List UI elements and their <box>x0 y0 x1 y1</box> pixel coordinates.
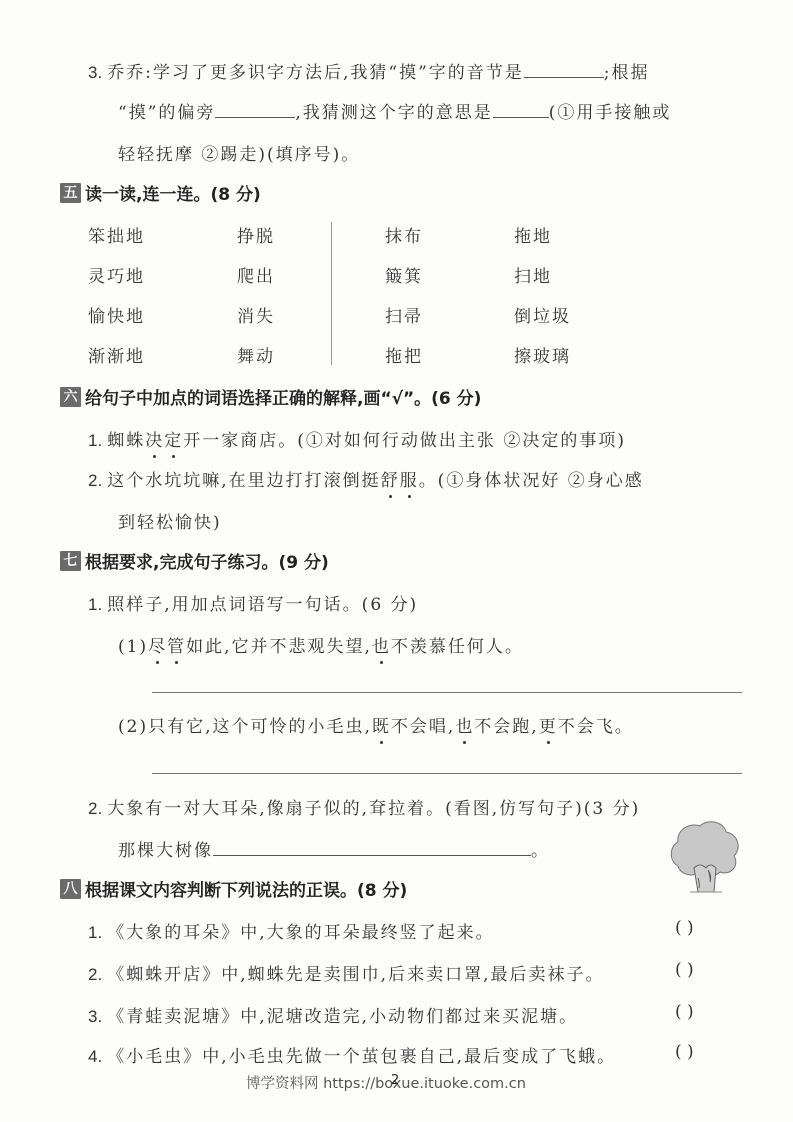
judgement-item: 3. 《青蛙卖泥塘》中,泥塘改造完,小动物们都过来买泥塘。 <box>88 1002 578 1027</box>
match-item[interactable]: 舞动 <box>237 342 275 367</box>
match-item[interactable]: 愉快地 <box>88 302 145 327</box>
match-item[interactable]: 抹布 <box>385 222 423 247</box>
answer-parentheses[interactable]: ( ) <box>675 1042 694 1062</box>
answer-parentheses[interactable]: ( ) <box>675 918 694 938</box>
match-item[interactable]: 扫帚 <box>385 302 423 327</box>
page-number: 2 <box>391 1073 399 1088</box>
match-item[interactable]: 爬出 <box>237 262 275 287</box>
match-item[interactable]: 消失 <box>237 302 275 327</box>
judgement-item: 1. 《大象的耳朵》中,大象的耳朵最终竖了起来。 <box>88 918 495 943</box>
answer-blank-syllable[interactable] <box>524 63 604 78</box>
section-badge: 六 <box>60 387 81 407</box>
match-item[interactable]: 倒垃圾 <box>514 302 571 327</box>
dotted-char: 决 <box>145 431 164 451</box>
match-item[interactable]: 挣脱 <box>237 222 275 247</box>
answer-line-2[interactable] <box>152 773 742 774</box>
match-item[interactable]: 拖地 <box>514 222 552 247</box>
question-item-continued: 到轻松愉快) <box>118 508 222 533</box>
answer-blank-tree[interactable] <box>213 841 531 856</box>
section-badge: 七 <box>60 551 81 571</box>
answer-line-1[interactable] <box>152 692 742 693</box>
match-item[interactable]: 渐渐地 <box>88 342 145 367</box>
match-item[interactable]: 扫地 <box>514 262 552 287</box>
dotted-char: 尽 <box>148 637 167 657</box>
imitation-prompt: 那棵大树像。 <box>118 836 550 861</box>
match-item[interactable]: 灵巧地 <box>88 262 145 287</box>
question-item: 2. 这个水坑坑嘛,在里边打打滚倒挺舒服。(①身体状况好 ②身心感 <box>88 466 644 491</box>
section-title: 根据课文内容判断下列说法的正误。(8 分) <box>85 876 407 901</box>
example-sentence-1: (1)尽管如此,它并不悲观失望,也不羡慕任何人。 <box>118 632 524 657</box>
dotted-char: 定 <box>164 431 183 451</box>
q3-line2: “摸”的偏旁,我猜测这个字的意思是(①用手接触或 <box>118 98 671 123</box>
answer-parentheses[interactable]: ( ) <box>675 960 694 980</box>
section5-header: 五 读一读,连一连。(8 分) <box>60 180 261 205</box>
section-title: 给句子中加点的词语选择正确的解释,画“√”。(6 分) <box>85 384 481 409</box>
section-badge: 八 <box>60 879 81 899</box>
match-item[interactable]: 擦玻璃 <box>514 342 571 367</box>
match-item[interactable]: 拖把 <box>385 342 423 367</box>
question-item: 1. 蜘蛛决定开一家商店。(①对如何行动做出主张 ②决定的事项) <box>88 426 626 451</box>
q3-number: 3. <box>88 63 102 82</box>
section6-header: 六 给句子中加点的词语选择正确的解释,画“√”。(6 分) <box>60 384 481 409</box>
answer-blank-meaning[interactable] <box>493 103 549 118</box>
dotted-char: 管 <box>167 637 186 657</box>
column-divider <box>331 222 332 365</box>
example-sentence-2: (2)只有它,这个可怜的小毛虫,既不会唱,也不会跑,更不会飞。 <box>118 712 634 737</box>
dotted-char: 既 <box>372 717 391 737</box>
footer-watermark[interactable]: 博学资料网 https://boxue.ituoke.com.cn <box>246 1072 526 1093</box>
dotted-char: 服 <box>400 471 419 491</box>
judgement-item: 2. 《蜘蛛开店》中,蜘蛛先是卖围巾,后来卖口罩,最后卖袜子。 <box>88 960 605 985</box>
section7-header: 七 根据要求,完成句子练习。(9 分) <box>60 548 329 573</box>
answer-parentheses[interactable]: ( ) <box>675 1002 694 1022</box>
section8-header: 八 根据课文内容判断下列说法的正误。(8 分) <box>60 876 407 901</box>
subquestion-2: 2. 大象有一对大耳朵,像扇子似的,耷拉着。(看图,仿写句子)(3 分) <box>88 794 640 819</box>
judgement-item: 4. 《小毛虫》中,小毛虫先做一个茧包裹自己,最后变成了飞蛾。 <box>88 1042 616 1067</box>
dotted-char: 更 <box>539 717 558 737</box>
section-badge: 五 <box>60 183 81 203</box>
dotted-char: 舒 <box>381 471 400 491</box>
dotted-char: 也 <box>455 717 474 737</box>
q3-line1: 3. 乔乔:学习了更多识字方法后,我猜“摸”字的音节是;根据 <box>88 58 650 83</box>
answer-blank-radical[interactable] <box>215 103 295 118</box>
section-title: 读一读,连一连。(8 分) <box>85 180 261 205</box>
dotted-char: 也 <box>372 637 391 657</box>
section-title: 根据要求,完成句子练习。(9 分) <box>85 548 329 573</box>
q3-line3: 轻轻抚摩 ②踢走)(填序号)。 <box>118 140 360 165</box>
match-item[interactable]: 簸箕 <box>385 262 423 287</box>
tree-illustration <box>664 818 744 898</box>
match-item[interactable]: 笨拙地 <box>88 222 145 247</box>
subquestion-1: 1. 照样子,用加点词语写一句话。(6 分) <box>88 590 418 615</box>
